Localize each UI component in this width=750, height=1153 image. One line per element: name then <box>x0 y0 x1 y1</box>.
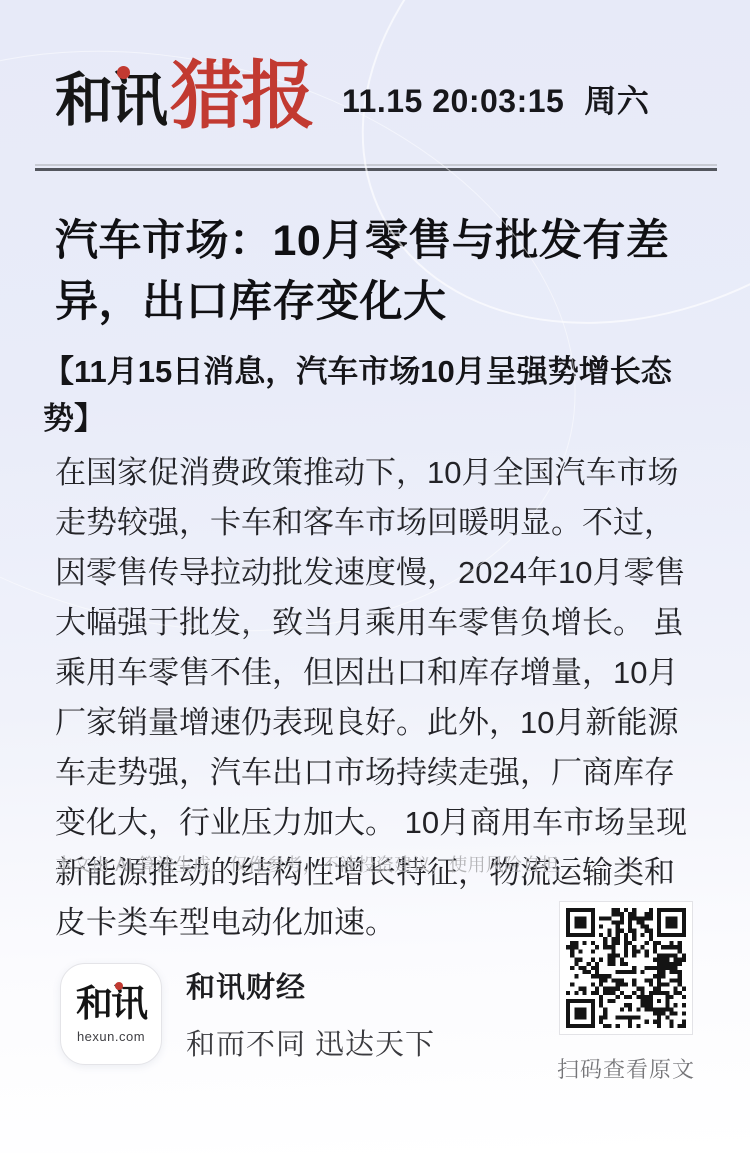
header-divider <box>35 164 717 171</box>
footer-slogan: 和而不同 迅达天下 <box>186 1022 435 1063</box>
qr-block: 扫码查看原文 <box>552 901 700 1084</box>
footer-brand: 和讯 hexun.com 和讯财经 和而不同 迅达天下 <box>60 963 435 1065</box>
brand-logo-hexun: 和讯 <box>55 72 165 130</box>
logo-red-dot-icon <box>115 982 123 990</box>
brand-red-dot-icon <box>117 66 130 79</box>
article: 汽车市场：10月零售与批发有差异，出口库存变化大 【11月15日消息，汽车市场1… <box>0 211 750 948</box>
header: 和讯 猎报 11.15 20:03:15周六 <box>0 0 750 130</box>
qr-caption: 扫码查看原文 <box>552 1053 700 1084</box>
news-card: 和讯 猎报 11.15 20:03:15周六 汽车市场：10月零售与批发有差异，… <box>0 0 750 1153</box>
footer-brand-name: 和讯财经 <box>186 965 435 1006</box>
timestamp: 11.15 20:03:15周六 <box>342 76 649 130</box>
hexun-logo-text: 和讯 <box>76 985 146 1022</box>
brand-logo-liebao: 猎报 <box>170 62 312 130</box>
hexun-domain: hexun.com <box>77 1029 145 1044</box>
footer-brand-texts: 和讯财经 和而不同 迅达天下 <box>186 965 435 1063</box>
timestamp-time: 11.15 20:03:15 <box>342 83 564 119</box>
brand-logo-hexun-text: 和讯 <box>55 68 165 133</box>
brand-logo: 和讯 猎报 <box>55 62 312 130</box>
hexun-app-logo: 和讯 hexun.com <box>60 963 162 1065</box>
article-lead: 【11月15日消息，汽车市场10月呈强势增长态势】 <box>43 349 700 442</box>
ai-disclaimer: 本文由 AI 算法生成，仅作参考，不涉投资建议，使用风险自担 <box>55 851 559 877</box>
timestamp-weekday: 周六 <box>584 83 649 119</box>
article-title: 汽车市场：10月零售与批发有差异，出口库存变化大 <box>55 211 700 333</box>
qr-code <box>559 901 693 1035</box>
footer: 扫码查看原文 和讯 hexun.com 和讯财经 和而不同 迅达天下 <box>0 893 750 1153</box>
hexun-logo-cn: 和讯 <box>76 983 146 1024</box>
